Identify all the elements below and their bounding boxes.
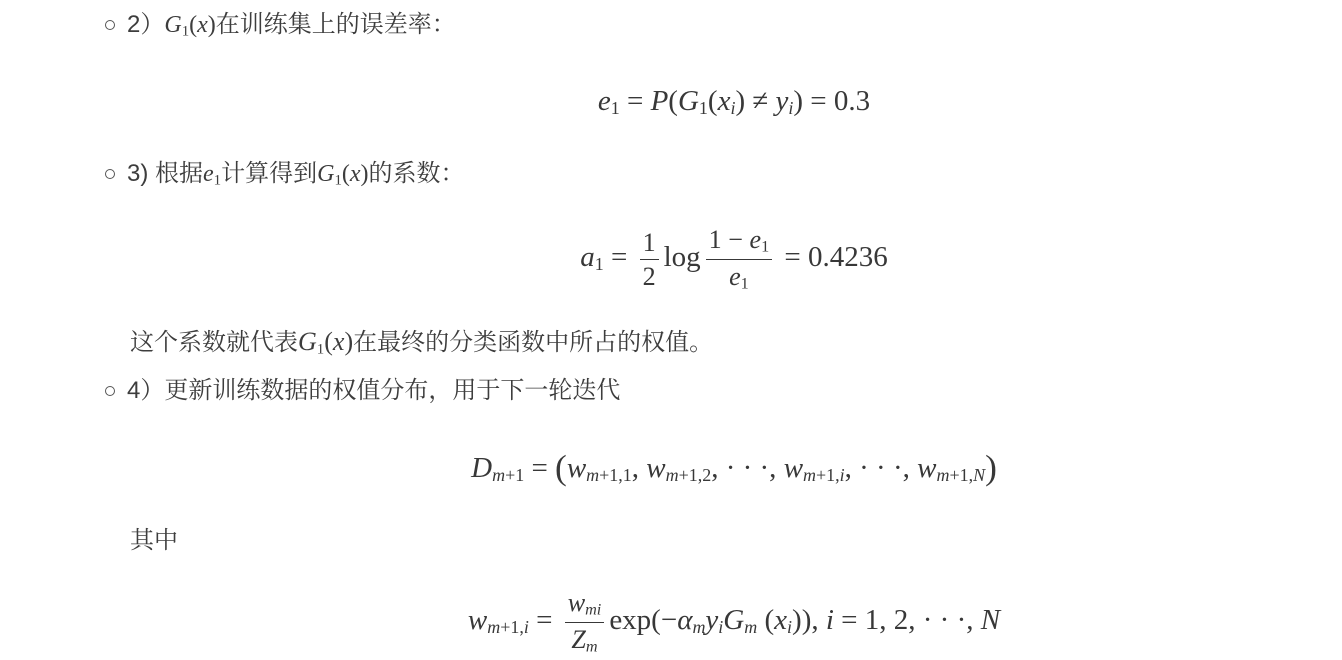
paragraph-among-them: 其中 — [0, 524, 1342, 558]
list-item-step4: 4）更新训练数据的权值分布，用于下一轮迭代 — [0, 374, 1342, 408]
formula-error-rate: e1 = P(G1(xi) ≠ yi) = 0.3 — [128, 79, 1340, 123]
document-content: 2）G1(x)在训练集上的误差率： e1 = P(G1(xi) ≠ yi) = … — [0, 0, 1342, 660]
list-item-step2: 2）G1(x)在训练集上的误差率： — [0, 8, 1342, 48]
formula-alpha-coefficient: a1 = 12log1 − e1e1 = 0.4236 — [128, 219, 1340, 295]
formula-weight-update: wm+1,i = wmiZmexp(−αmyiGm (xi)), i = 1, … — [128, 582, 1340, 658]
circle-bullet-icon — [105, 169, 115, 179]
list-item-step4-text: 4）更新训练数据的权值分布，用于下一轮迭代 — [127, 377, 620, 404]
formula-weight-distribution: Dm+1 = (wm+1,1, wm+1,2, · · ·, wm+1,i, ·… — [128, 445, 1340, 489]
circle-bullet-icon — [105, 386, 115, 396]
list-item-step3: 3) 根据e1计算得到G1(x)的系数： — [0, 157, 1342, 197]
list-item-step3-text: 3) 根据e1计算得到G1(x)的系数： — [127, 160, 465, 187]
list-item-step2-text: 2）G1(x)在训练集上的误差率： — [127, 11, 456, 38]
paragraph-coefficient-note: 这个系数就代表G1(x)在最终的分类函数中所占的权值。 — [0, 325, 1342, 366]
circle-bullet-icon — [105, 20, 115, 30]
